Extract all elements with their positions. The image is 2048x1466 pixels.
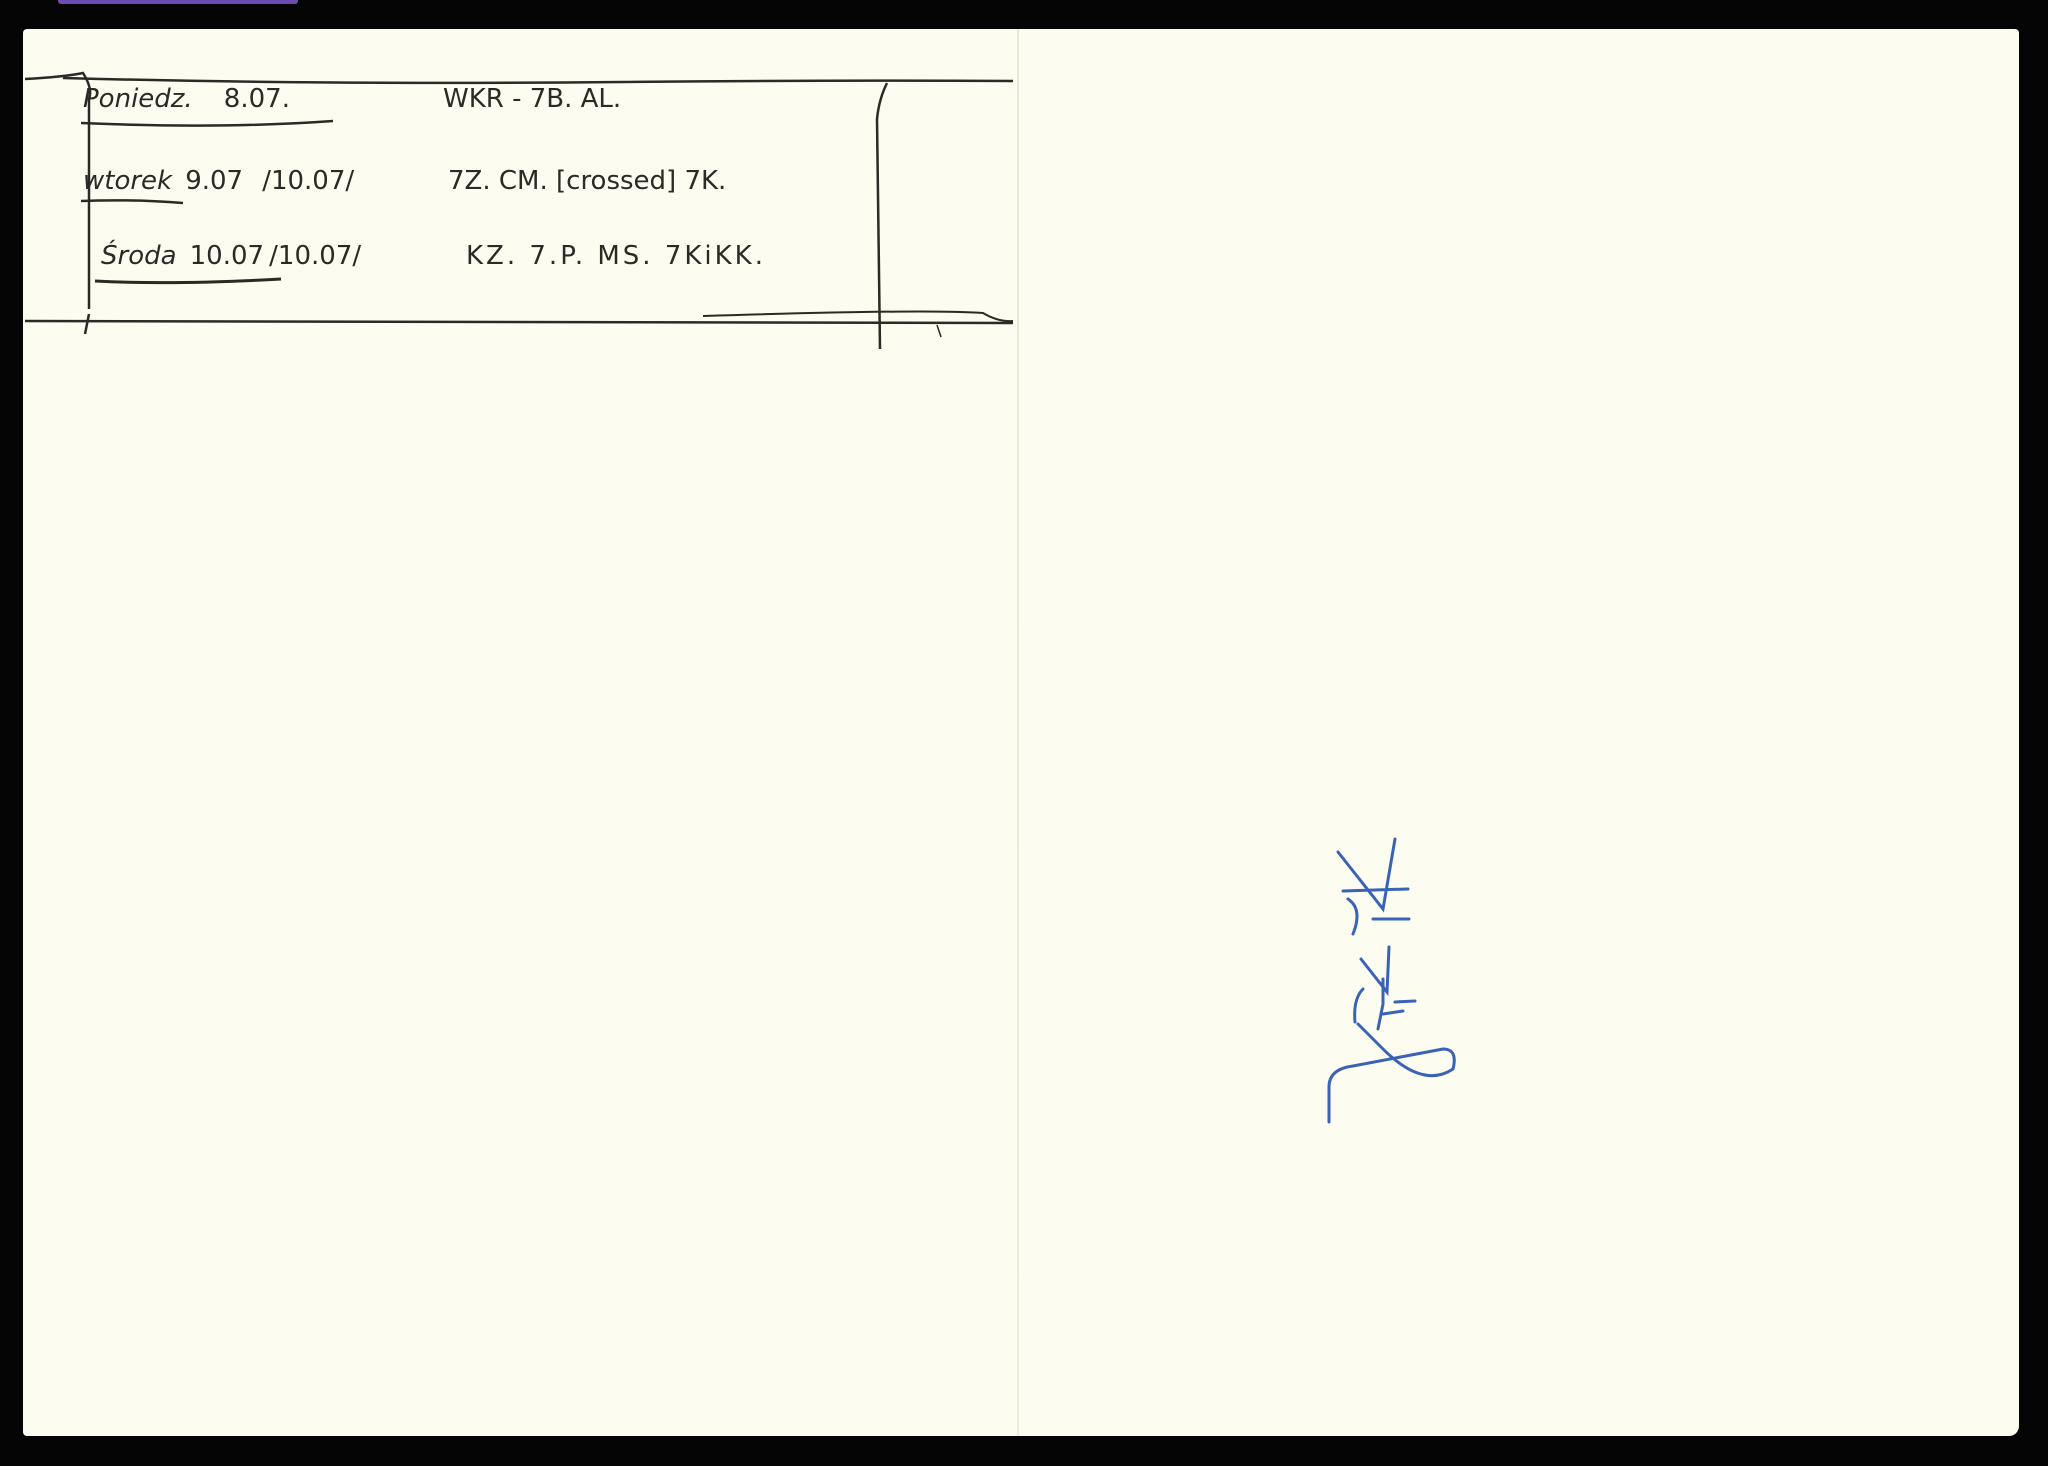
- date-label: 9.07: [185, 166, 243, 196]
- day-label: wtorek: [83, 166, 172, 196]
- alt-date-label: /10.07/: [269, 241, 361, 271]
- entries: KZ. 7.P. MS. 7KiKK.: [466, 241, 766, 271]
- schedule-row: Poniedz. 8.07. WKR - 7B. AL.: [83, 84, 983, 114]
- entries: WKR - 7B. AL.: [443, 84, 621, 114]
- date-label: 10.07: [190, 241, 264, 271]
- entries: 7Z. CM. [crossed] 7K.: [448, 166, 726, 196]
- paper-card: Poniedz. 8.07. WKR - 7B. AL. wtorek 9.07…: [23, 29, 2019, 1436]
- day-label: Poniedz.: [83, 84, 193, 114]
- schedule-row: wtorek 9.07 /10.07/ 7Z. CM. [crossed] 7K…: [83, 166, 983, 196]
- schedule-row: Środa 10.07 /10.07/ KZ. 7.P. MS. 7KiKK.: [101, 241, 1001, 271]
- date-label: 8.07.: [224, 84, 290, 114]
- alt-date-label: /10.07/: [262, 166, 354, 196]
- signature-text: Jerzy K.: [1303, 979, 1307, 980]
- day-label: Środa: [101, 241, 177, 271]
- scanner-tab: [58, 0, 298, 4]
